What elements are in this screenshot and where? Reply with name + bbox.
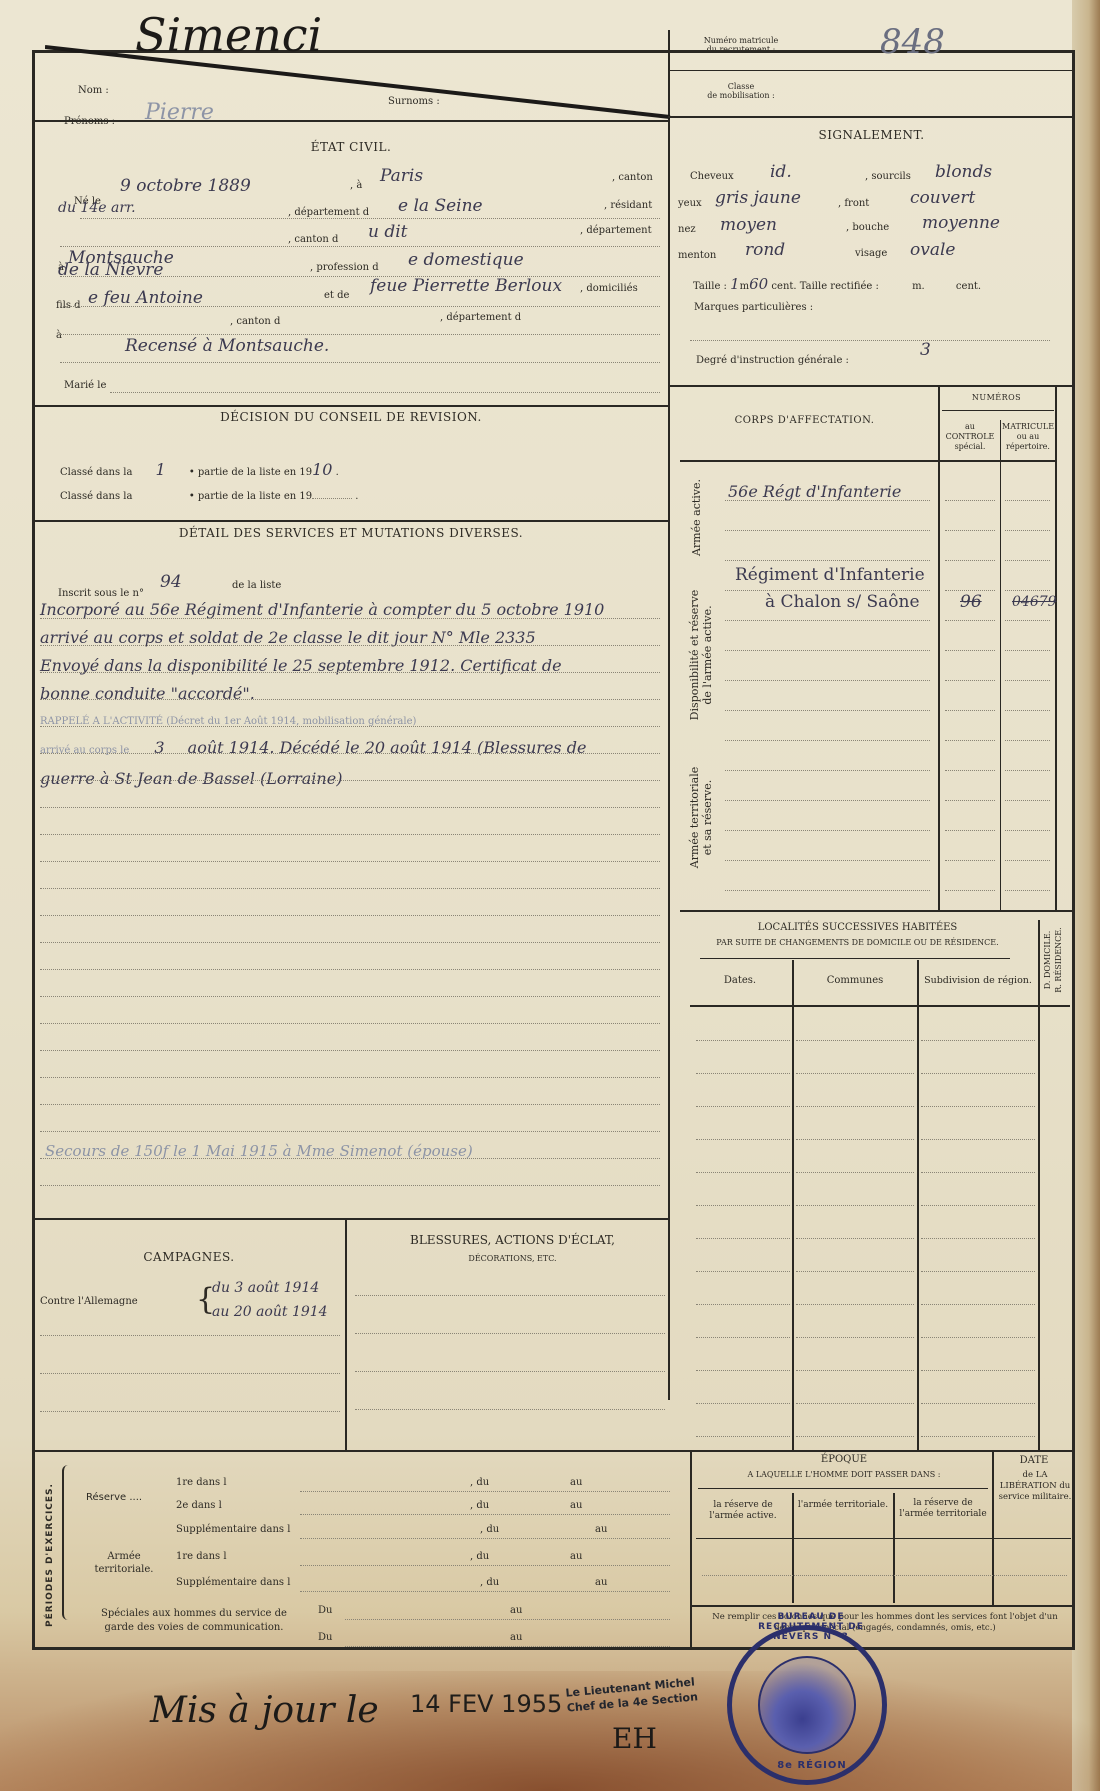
front-value: couvert (910, 188, 975, 208)
localites-col-divider (792, 960, 794, 1450)
mis-a-jour-label: Mis à jour le (150, 1690, 379, 1731)
decision-row1-year: 10 (312, 460, 332, 479)
et-de-label: et de (324, 290, 349, 301)
rule (40, 861, 660, 862)
rule (796, 1040, 914, 1041)
rule (945, 680, 995, 681)
corps-title: CORPS D'AFFECTATION. (672, 415, 937, 426)
rule (725, 830, 930, 831)
rule (60, 334, 660, 335)
menton-value: rond (745, 240, 785, 260)
rule (345, 1646, 670, 1647)
rule (1005, 890, 1050, 891)
rule (921, 1403, 1035, 1404)
rule (40, 753, 660, 754)
page-edge (1072, 0, 1100, 1791)
rule (725, 620, 930, 621)
inscrit-value: 94 (160, 572, 182, 592)
corps-header-divider (680, 460, 1055, 462)
rule (945, 740, 995, 741)
strike-line (45, 45, 675, 125)
du-label: , du (480, 1577, 499, 1588)
rule (921, 1304, 1035, 1305)
decision-row-1: Classé dans la 1 • partie de la liste en… (60, 460, 339, 479)
rule (1005, 680, 1050, 681)
corps-right-edge (1055, 385, 1057, 910)
rule (945, 860, 995, 861)
departement-label: , département d (288, 207, 369, 218)
pere-value: e feu Antoine (88, 288, 203, 308)
rule (696, 1172, 790, 1173)
disponibilite-value-1: Régiment d'Infanterie (735, 565, 925, 585)
mere-value: feue Pierrette Berloux (370, 276, 562, 296)
epoque-col-divider (992, 1450, 994, 1605)
rule (945, 500, 995, 501)
rule (80, 218, 660, 219)
rule (1005, 830, 1050, 831)
rule (921, 1040, 1035, 1041)
rule (725, 650, 930, 651)
etat-civil-title: ÉTAT CIVIL. (34, 140, 668, 154)
rule (40, 1411, 340, 1412)
secours-note: Secours de 150f le 1 Mai 1915 à Mme Sime… (45, 1142, 473, 1160)
stamp-emblem-icon (758, 1656, 856, 1754)
surnoms-label: Surnoms : (388, 96, 440, 107)
campagne-du-value: du 3 août 1914 (212, 1280, 319, 1296)
decision-row1-partie: 1 (136, 460, 186, 479)
rule (696, 1139, 790, 1140)
rule (40, 699, 660, 700)
classe-divider (668, 116, 1075, 118)
du-label: , du (470, 1477, 489, 1488)
rule (921, 1073, 1035, 1074)
rule (1005, 770, 1050, 771)
marie-label: Marié le (64, 380, 106, 391)
sourcils-value: blonds (935, 162, 992, 182)
rule (921, 1238, 1035, 1239)
rule (696, 1403, 790, 1404)
disponibilite-value-2: à Chalon s/ Saône (765, 592, 920, 612)
periode-row-label: 1re dans l (176, 1551, 227, 1562)
rule (696, 1205, 790, 1206)
a-label: , à (350, 180, 362, 191)
campagne-au-value: au 20 août 1914 (212, 1304, 328, 1320)
au-label: au (510, 1632, 522, 1643)
col-reserve-active: la réserve de l'armée active. (696, 1500, 790, 1522)
canton-d-label: , canton d (288, 234, 338, 245)
rule (60, 362, 660, 363)
service-line: bonne conduite "accordé". (40, 680, 604, 708)
col-matricule-header: MATRICULE ou au répertoire. (1002, 422, 1054, 452)
epoque-bottom-divider (690, 1605, 1075, 1607)
rule (355, 1409, 665, 1410)
rule (725, 710, 930, 711)
initials: EH (612, 1722, 657, 1755)
liberation-title: DATE (994, 1455, 1074, 1466)
rule (696, 1304, 790, 1305)
rule (725, 530, 930, 531)
rule (40, 1185, 660, 1186)
rule (696, 1370, 790, 1371)
canton-3-label: , canton d (230, 316, 280, 327)
matricule-value: 848 (880, 22, 945, 62)
taille-row: Taille : 1m60 cent. Taille rectifiée : m… (693, 275, 981, 293)
front-label: , front (838, 198, 869, 209)
campagnes-divider (345, 1220, 347, 1450)
rule (696, 1538, 1071, 1539)
rule (40, 807, 660, 808)
rule (945, 650, 995, 651)
au-label: au (595, 1524, 607, 1535)
armee-territoriale-label: Armée territoriale. (84, 1550, 164, 1576)
decision-divider (34, 520, 668, 522)
speciales-label: Spéciales aux hommes du service de garde… (84, 1607, 304, 1635)
rule (796, 1172, 914, 1173)
visage-label: visage (855, 248, 887, 259)
a-label-3: à (56, 330, 62, 341)
departement-value: e la Seine (398, 196, 483, 216)
rule (725, 770, 930, 771)
rule (40, 1050, 660, 1051)
rule (942, 410, 1054, 411)
rule (796, 1304, 914, 1305)
matricule-label: Numéro matricule du recrutement : (676, 36, 806, 54)
rule (696, 1337, 790, 1338)
profession-value: e domestique (408, 250, 524, 270)
col-dates: Dates. (690, 975, 790, 986)
marques-label: Marques particulières : (694, 302, 813, 313)
column-divider (668, 30, 670, 1400)
rule (945, 830, 995, 831)
rule (696, 1040, 790, 1041)
rule (945, 800, 995, 801)
rule (921, 1205, 1035, 1206)
rule (725, 560, 930, 561)
rule (921, 1370, 1035, 1371)
rule (725, 590, 930, 591)
rule (690, 340, 1050, 341)
rule (796, 1205, 914, 1206)
ne-le-value: 9 octobre 1889 (120, 176, 251, 196)
arrive-line: arrivé au corps le 3 août 1914. Décédé l… (40, 734, 604, 765)
rule (40, 726, 660, 727)
epoque-col-divider (893, 1493, 895, 1603)
rule (725, 890, 930, 891)
cheveux-label: Cheveux (690, 171, 734, 182)
blessures-title: BLESSURES, ACTIONS D'ÉCLAT, (350, 1233, 675, 1247)
rule (945, 620, 995, 621)
corps-col-divider (938, 385, 940, 910)
localites-subtitle: PAR SUITE DE CHANGEMENTS DE DOMICILE OU … (680, 938, 1035, 947)
rule (1005, 800, 1050, 801)
rule (725, 860, 930, 861)
rule (796, 1106, 914, 1107)
rule (345, 1619, 670, 1620)
arrondissement-value: du 14e arr. (58, 200, 136, 216)
profession-label: , profession d (310, 262, 379, 273)
etat-civil-divider (34, 405, 668, 407)
recruitment-office-stamp: BUREAU DE RECRUTEMENT DE NEVERS N° 3 8e … (727, 1625, 887, 1785)
rule (40, 1131, 660, 1132)
rule (1005, 860, 1050, 861)
bouche-label: , bouche (846, 222, 889, 233)
corps-divider (680, 910, 1075, 912)
matricule-divider (668, 70, 1075, 71)
rule (796, 1271, 914, 1272)
service-line: arrivé au corps et soldat de 2e classe l… (40, 624, 604, 652)
rule (1005, 530, 1050, 531)
rule (696, 1106, 790, 1107)
du-label: , du (470, 1551, 489, 1562)
nom-label: Nom : (78, 85, 109, 96)
rule (921, 1172, 1035, 1173)
rule (696, 1238, 790, 1239)
decision-row-2: Classé dans la • partie de la liste en 1… (60, 491, 358, 502)
rule (698, 1488, 988, 1489)
rule (355, 1371, 665, 1372)
territoriale-label: Armée territoriale et sa réserve. (688, 750, 714, 885)
menton-label: menton (678, 250, 716, 261)
rule (40, 1023, 660, 1024)
rule (1005, 740, 1050, 741)
bouche-value: moyenne (922, 213, 1000, 233)
rule (796, 1073, 914, 1074)
au-label: au (570, 1551, 582, 1562)
rule (300, 1491, 670, 1492)
rule (696, 1271, 790, 1272)
rule (40, 969, 660, 970)
rule (1005, 650, 1050, 651)
au-label: au (570, 1500, 582, 1511)
departement-2-value: de la Nièvre (58, 260, 164, 280)
rule (1005, 560, 1050, 561)
services-divider (34, 1218, 668, 1220)
departement-3-label: , département d (440, 312, 521, 323)
yeux-value: gris jaune (715, 188, 801, 208)
rule (300, 1538, 670, 1539)
residant-label: , résidant (604, 200, 652, 211)
update-date-stamp: 14 FEV 1955 (410, 1690, 562, 1718)
numeros-title: NUMÉROS (938, 393, 1055, 402)
rule (921, 1436, 1035, 1437)
rule (110, 392, 660, 393)
campagnes-title: CAMPAGNES. (34, 1250, 344, 1264)
periode-row-label: Supplémentaire dans l (176, 1577, 290, 1588)
service-line: Incorporé au 56e Régiment d'Infanterie à… (40, 596, 604, 624)
rule (40, 1335, 340, 1336)
rule (796, 1238, 914, 1239)
rule (40, 645, 660, 646)
register-page: Simenci Nom : Prénoms : Pierre Surnoms :… (0, 0, 1100, 1791)
signalement-divider (668, 385, 1075, 387)
blessures-subtitle: DÉCORATIONS, ETC. (350, 1254, 675, 1263)
services-title: DÉTAIL DES SERVICES ET MUTATIONS DIVERSE… (34, 526, 668, 540)
rule (945, 530, 995, 531)
rule (60, 246, 660, 247)
header-divider (34, 120, 668, 122)
epoque-title: ÉPOQUE (694, 1454, 994, 1465)
column-divider-bottom (690, 1450, 692, 1650)
services-lines: Incorporé au 56e Régiment d'Infanterie à… (40, 596, 604, 793)
rule (40, 672, 660, 673)
rappele-stamp: RAPPELÉ A L'ACTIVITÉ (Décret du 1er Août… (40, 710, 604, 734)
du-label: , du (480, 1524, 499, 1535)
rule (945, 890, 995, 891)
rule (1005, 620, 1050, 621)
rule (40, 888, 660, 889)
lieu-naissance-value: Paris (380, 166, 423, 186)
localites-col-divider (917, 960, 919, 1450)
col-subdivision: Subdivision de région. (918, 975, 1038, 986)
rule (40, 1373, 340, 1374)
rule (40, 996, 660, 997)
rule (945, 590, 995, 591)
rule (796, 1337, 914, 1338)
col-armee-territoriale: l'armée territoriale. (795, 1500, 891, 1511)
rule (725, 680, 930, 681)
canton-d-value: u dit (368, 222, 408, 242)
rule (40, 618, 660, 619)
col-communes: Communes (794, 975, 916, 986)
localites-header-divider (690, 1005, 1070, 1007)
epoque-subtitle: A LAQUELLE L'HOMME DOIT PASSER DANS : (694, 1470, 994, 1479)
rule (40, 1077, 660, 1078)
rule (725, 800, 930, 801)
periode-row-label: Supplémentaire dans l (176, 1524, 290, 1535)
rule (696, 1436, 790, 1437)
rule (921, 1139, 1035, 1140)
domicilies-label: , domiciliés (580, 283, 638, 294)
nez-label: nez (678, 224, 696, 235)
rule (1005, 590, 1050, 591)
taille-m-value: 1 (730, 275, 740, 293)
visage-value: ovale (910, 240, 955, 260)
de-la-liste-label: de la liste (232, 580, 281, 591)
yeux-label: yeux (678, 198, 702, 209)
disponibilite-label: Disponibilité et réserve de l'armée acti… (688, 570, 714, 740)
periodes-brace (62, 1465, 68, 1620)
numeros-col-divider (1000, 420, 1001, 910)
rule (921, 1106, 1035, 1107)
reserve-label: Réserve .... (86, 1492, 142, 1503)
rule (1005, 710, 1050, 711)
localites-title: LOCALITÉS SUCCESSIVES HABITÉES (680, 922, 1035, 933)
rule (355, 1295, 665, 1296)
rule (945, 770, 995, 771)
rule (40, 834, 660, 835)
service-line: guerre à St Jean de Bassel (Lorraine) (40, 765, 604, 793)
rule (921, 1337, 1035, 1338)
periode-row-label: 1re dans l (176, 1477, 227, 1488)
au-label: au (595, 1577, 607, 1588)
service-line: Envoyé dans la disponibilité le 25 septe… (40, 652, 604, 680)
du-label: Du (318, 1605, 332, 1616)
rule (300, 1591, 670, 1592)
rule (300, 1565, 670, 1566)
rule (796, 1370, 914, 1371)
classe-label: Classe de mobilisation : (676, 82, 806, 100)
nez-value: moyen (720, 215, 777, 235)
campagnes-bottom-divider (34, 1450, 1075, 1452)
rule (725, 740, 930, 741)
rule (40, 942, 660, 943)
au-label: au (510, 1605, 522, 1616)
signalement-title: SIGNALEMENT. (668, 128, 1075, 142)
recense-note: Recensé à Montsauche. (125, 336, 329, 356)
armee-active-value: 56e Régt d'Infanterie (728, 482, 901, 501)
periode-row-label: 2e dans l (176, 1500, 222, 1511)
canton-label: , canton (612, 172, 653, 183)
liberation-subtitle: de LA LIBÉRATION du service militaire. (996, 1470, 1074, 1503)
domicile-residence-label: D. DOMICILE. R. RÉSIDENCE. (1042, 925, 1064, 995)
matricule-corps-value: 04679 (1012, 594, 1057, 610)
localites-col-divider (1038, 920, 1040, 1450)
rule (725, 500, 930, 501)
rule (40, 780, 660, 781)
degre-value: 3 (920, 340, 931, 360)
au-label: au (570, 1477, 582, 1488)
departement-2-label: , département (580, 225, 652, 236)
du-label: , du (470, 1500, 489, 1511)
rule (700, 958, 1010, 959)
armee-active-label: Armée active. (690, 470, 703, 565)
page-stain (0, 1671, 1100, 1791)
cheveux-value: id. (770, 162, 792, 182)
rule (60, 306, 660, 307)
rule (702, 1575, 1067, 1576)
degre-label: Degré d'instruction générale : (696, 355, 849, 366)
rule (921, 1271, 1035, 1272)
taille-cm-value: 60 (749, 275, 768, 293)
rule (796, 1139, 914, 1140)
decision-title: DÉCISION DU CONSEIL DE REVISION. (34, 410, 668, 424)
rule (796, 1403, 914, 1404)
rule (300, 1514, 670, 1515)
periodes-label: PÉRIODES D'EXERCICES. (44, 1475, 57, 1635)
rule (696, 1073, 790, 1074)
stamp-text: BUREAU DE RECRUTEMENT DE NEVERS N° 3 (736, 1612, 886, 1642)
rule (945, 560, 995, 561)
rule (796, 1436, 914, 1437)
col-reserve-territoriale: la réserve de l'armée territoriale (896, 1498, 990, 1520)
du-label: Du (318, 1632, 332, 1643)
rule (60, 276, 660, 277)
rule (945, 710, 995, 711)
epoque-col-divider (792, 1493, 794, 1603)
sourcils-label: , sourcils (865, 171, 911, 182)
rule (355, 1333, 665, 1334)
rule (1005, 500, 1050, 501)
rule (40, 915, 660, 916)
contre-allemagne-label: Contre l'Allemagne (40, 1296, 138, 1307)
rule (40, 1104, 660, 1105)
col-controle-header: au CONTROLE spécial. (941, 422, 999, 452)
stamp-region: 8e RÉGION (762, 1760, 862, 1771)
controle-value: 96 (960, 592, 982, 612)
